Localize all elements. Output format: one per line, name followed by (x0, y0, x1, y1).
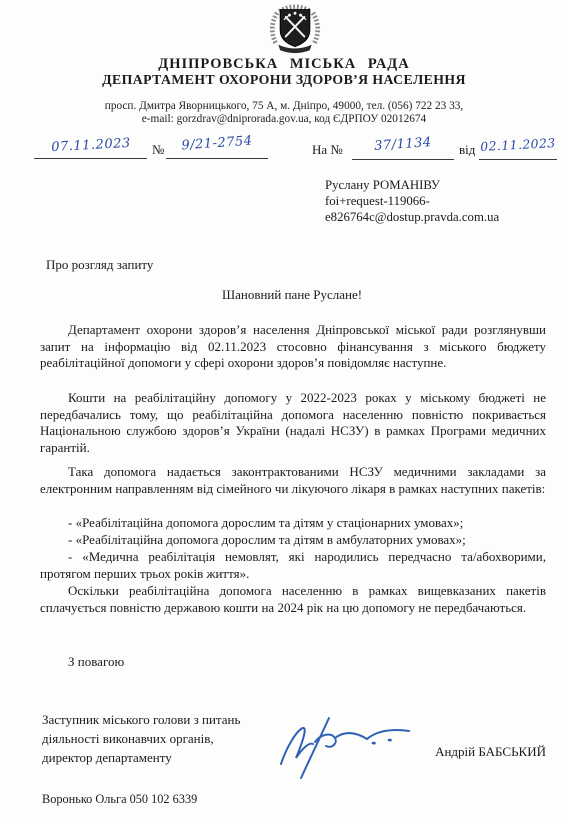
salutation: Шановний пане Руслане! (222, 287, 362, 303)
dnipro-coat-of-arms-icon (265, 4, 325, 54)
reply-date-blank (479, 159, 557, 160)
outgoing-number-blank (166, 158, 268, 159)
body-paragraph-4: Оскільки реабілітаційна допомога населен… (40, 583, 546, 616)
reply-date-label: від (459, 142, 475, 158)
signer-title-line3: директор департаменту (42, 748, 292, 767)
reply-number-blank (352, 159, 454, 160)
recipient-block: Руслану РОМАНІВУ foi+request-119066- e82… (325, 177, 555, 226)
organization-name: ДНІПРОВСЬКА МІСЬКА РАДА (0, 56, 568, 73)
outgoing-date-blank (34, 158, 147, 159)
recipient-email-part2: e826764c@dostup.pravda.com.ua (325, 209, 555, 225)
recipient-email-part1: foi+request-119066- (325, 193, 555, 209)
signer-title-line2: діяльності виконавчих органів, (42, 729, 292, 748)
reply-date-handwritten: 02.11.2023 (478, 136, 559, 154)
subject-line: Про розгляд запиту (46, 257, 153, 273)
body-paragraph-2: Кошти на реабілітаційну допомогу у 2022-… (40, 390, 546, 456)
package-item-3: - «Медична реабілітація немовлят, які на… (40, 549, 546, 582)
signer-title-block: Заступник міського голови з питань діяль… (42, 710, 292, 767)
outgoing-number-handwritten: 9/21-2754 (167, 133, 268, 155)
reply-number-handwritten: 37/1134 (356, 134, 451, 156)
recipient-name: Руслану РОМАНІВУ (325, 177, 555, 193)
address-line: просп. Дмитра Яворницького, 75 А, м. Дні… (0, 100, 568, 112)
executor-contact: Воронько Ольга 050 102 6339 (42, 792, 197, 807)
contact-line: e-mail: gorzdrav@dniprorada.gov.ua, код … (0, 113, 568, 125)
package-item-1: - «Реабілітаційна допомога дорослим та д… (40, 515, 546, 532)
body-paragraph-3: Така допомога надається законтрактованим… (40, 464, 546, 497)
department-name: ДЕПАРТАМЕНТ ОХОРОНИ ЗДОРОВ’Я НАСЕЛЕННЯ (0, 72, 568, 88)
signer-title-line1: Заступник міського голови з питань (42, 710, 292, 729)
number-label: № (152, 142, 164, 158)
outgoing-date-handwritten: 07.11.2023 (35, 135, 148, 156)
body-paragraph-1: Департамент охорони здоров’я населення Д… (40, 322, 546, 372)
letter-page: ДНІПРОВСЬКА МІСЬКА РАДА ДЕПАРТАМЕНТ ОХОР… (0, 0, 568, 822)
signer-name: Андрій БАБСЬКИЙ (380, 744, 546, 760)
package-item-2: - «Реабілітаційна допомога дорослим та д… (40, 532, 546, 549)
closing-phrase: З повагою (68, 654, 124, 670)
reply-number-label: На № (312, 142, 343, 158)
